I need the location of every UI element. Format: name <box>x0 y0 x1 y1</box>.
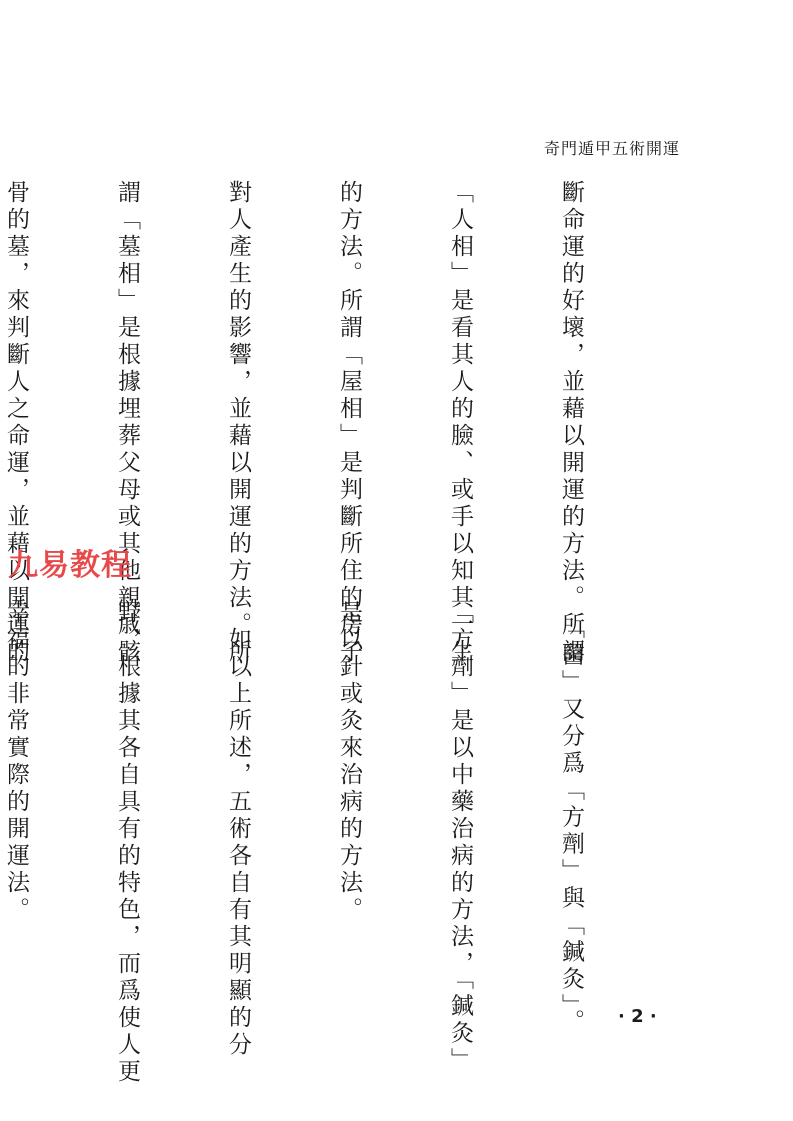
text-column: 對人產生的影響，並藉以開運的方法。所 <box>219 180 256 666</box>
upper-text-block: 斷命運的好壞，並藉以開運的方法。所謂 「人相」是看其人的臉、或手以知其一生 的方… <box>0 180 663 666</box>
text-column: 如以上所述，五術各自有其明顯的分 <box>219 600 256 1086</box>
text-column: 「醫」又分爲「方劑」與「鍼灸」。 <box>552 600 589 1086</box>
lower-text-block: 「醫」又分爲「方劑」與「鍼灸」。 「方劑」是以中藥治病的方法，「鍼灸」 是以針或… <box>0 600 663 1086</box>
text-column: 骨的墓，來判斷人之命運，並藉以開運的 <box>0 180 34 666</box>
text-column: 斷命運的好壞，並藉以開運的方法。所謂 <box>552 180 589 666</box>
text-column: 謂「墓相」是根據埋葬父母或其他親戚骸 <box>108 180 145 666</box>
text-column: 的方法。所謂「屋相」是判斷所住的房子 <box>330 180 367 666</box>
running-header: 奇門遁甲五術開運 <box>510 136 680 159</box>
watermark-logo: 九易教程 <box>8 540 132 584</box>
text-column: 野，根據其各自具有的特色，而爲使人更 <box>108 600 145 1086</box>
text-column: 「方劑」是以中藥治病的方法，「鍼灸」 <box>441 600 478 1086</box>
page-number: · 2 · <box>618 1006 657 1027</box>
text-column: 是以針或灸來治病的方法。 <box>330 600 367 1086</box>
text-column: 「人相」是看其人的臉、或手以知其一生 <box>441 180 478 666</box>
text-column: 幸福的非常實際的開運法。 <box>0 600 34 1086</box>
